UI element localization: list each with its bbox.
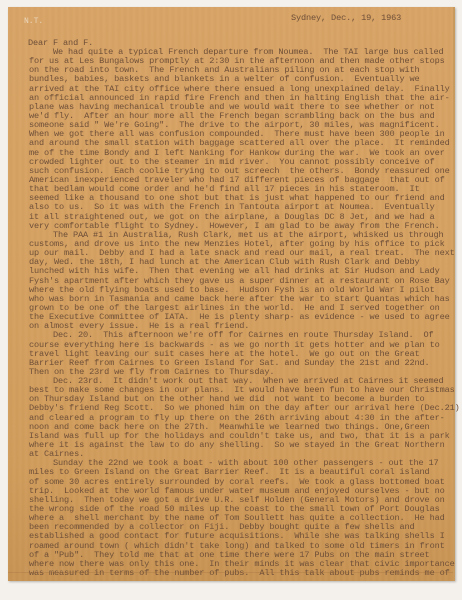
archive-number: bSbib9ib — [24, 566, 66, 575]
dateline: Sydney, Dec., 19, 1963 — [291, 14, 401, 23]
letter-body: We had quite a typical French departure … — [29, 48, 460, 578]
corner-handwritten-mark: N.T. — [24, 17, 64, 33]
page-bottom-edge — [8, 572, 453, 573]
letter-page: N.T. Sydney, Dec., 19, 1963 Dear F and F… — [8, 7, 455, 581]
letter-line: was measured in terms of the number of p… — [29, 569, 460, 578]
letter-line: where it is against the law to do any sh… — [29, 441, 460, 450]
